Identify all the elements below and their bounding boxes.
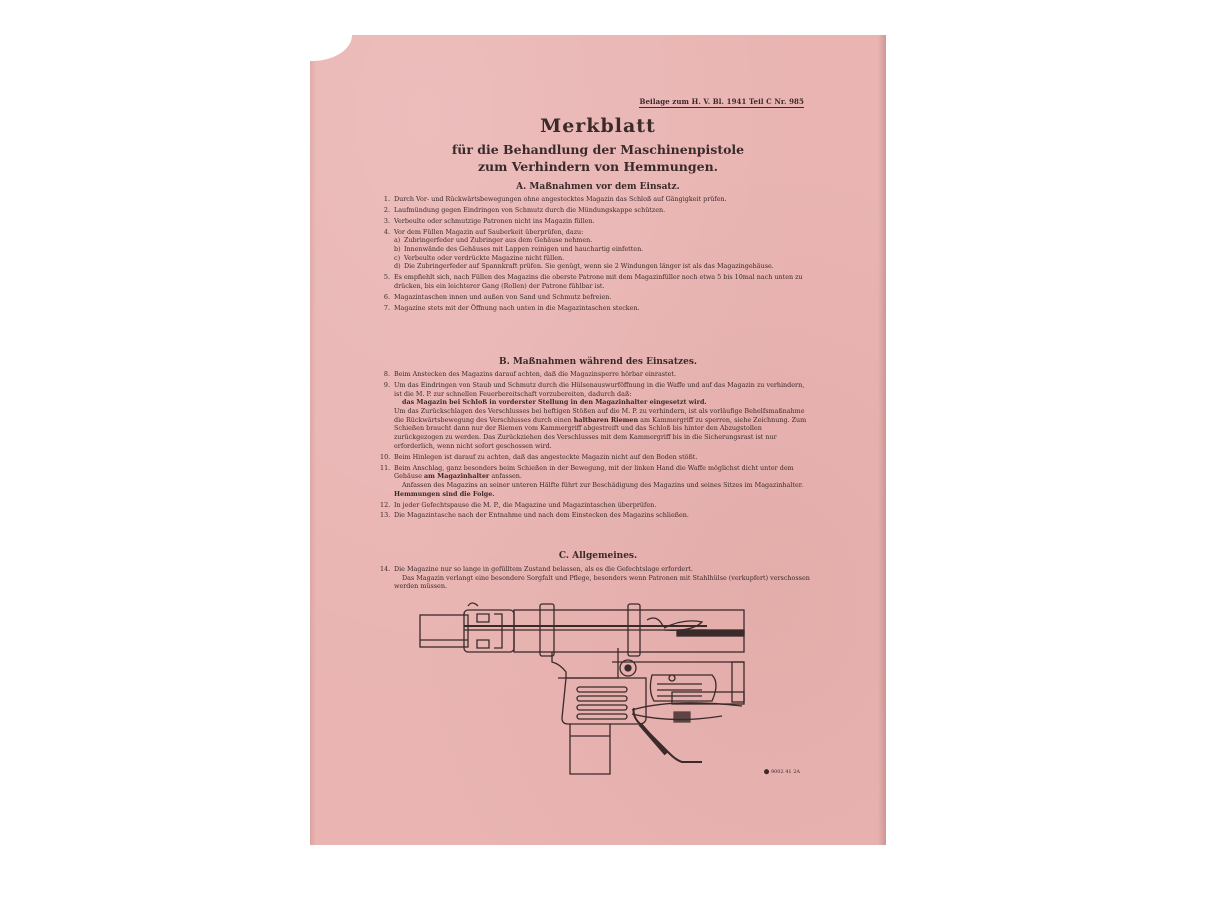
- torn-corner: [308, 33, 352, 61]
- list-item: 7.Magazine stets mit der Öffnung nach un…: [380, 304, 810, 313]
- section-b-heading: B. Maßnahmen während des Einsatzes.: [310, 357, 886, 367]
- list-item: 13.Die Magazintasche nach der Entnahme u…: [380, 511, 810, 520]
- sub-list-item: a)Zubringerfeder und Zubringer aus dem G…: [394, 236, 810, 245]
- sub-list-item: d)Die Zubringerfeder auf Spannkraft prüf…: [394, 262, 810, 271]
- list-item: 9.Um das Eindringen von Staub und Schmut…: [380, 381, 810, 398]
- list-item: 14.Die Magazine nur so lange in gefüllte…: [380, 565, 810, 574]
- section-c-heading: C. Allgemeines.: [310, 551, 886, 561]
- list-item: 5.Es empfiehlt sich, nach Füllen des Mag…: [380, 273, 810, 290]
- document-subtitle-2: zum Verhindern von Hemmungen.: [310, 159, 886, 174]
- section-c-body: 14.Die Magazine nur so lange in gefüllte…: [380, 565, 810, 591]
- list-item: 11.Beim Anschlag, ganz besonders beim Sc…: [380, 464, 810, 481]
- list-item: 1.Durch Vor- und Rückwärtsbewegungen ohn…: [380, 195, 810, 204]
- sub-list-item: c)Verbeulte oder verdrückte Magazine nic…: [394, 254, 810, 263]
- section-a-body: 1.Durch Vor- und Rückwärtsbewegungen ohn…: [380, 195, 810, 315]
- print-code: ⬤ 9002 41 2A: [764, 769, 800, 775]
- list-item: 8.Beim Anstecken des Magazins darauf ach…: [380, 370, 810, 379]
- document-page: Beilage zum H. V. Bl. 1941 Teil C Nr. 98…: [310, 35, 886, 845]
- paragraph: Das Magazin verlangt eine besondere Sorg…: [394, 574, 810, 591]
- submachine-gun-drawing-icon: [402, 600, 802, 780]
- paragraph: Anfassen des Magazins an seiner unteren …: [394, 481, 810, 498]
- list-item: 12.In jeder Gefechtspause die M. P., die…: [380, 501, 810, 510]
- sub-list-item: b)Innenwände des Gehäuses mit Lappen rei…: [394, 245, 810, 254]
- list-item: 3.Verbeulte oder schmutzige Patronen nic…: [380, 217, 810, 226]
- list-item: 10.Beim Hinlegen ist darauf zu achten, d…: [380, 453, 810, 462]
- list-item: 4.Vor dem Füllen Magazin auf Sauberkeit …: [380, 228, 810, 237]
- section-a-heading: A. Maßnahmen vor dem Einsatz.: [310, 182, 886, 192]
- supplement-reference: Beilage zum H. V. Bl. 1941 Teil C Nr. 98…: [639, 97, 804, 108]
- list-item: 6.Magazintaschen innen und außen von San…: [380, 293, 810, 302]
- emphasis-line: das Magazin bei Schloß in vorderster Ste…: [402, 398, 810, 407]
- document-subtitle-1: für die Behandlung der Maschinenpistole: [310, 142, 886, 157]
- section-b-body: 8.Beim Anstecken des Magazins darauf ach…: [380, 370, 810, 522]
- list-item: 2.Laufmündung gegen Eindringen von Schmu…: [380, 206, 810, 215]
- paragraph: Um das Zurückschlagen des Verschlusses b…: [394, 407, 810, 451]
- document-title: Merkblatt: [310, 115, 886, 137]
